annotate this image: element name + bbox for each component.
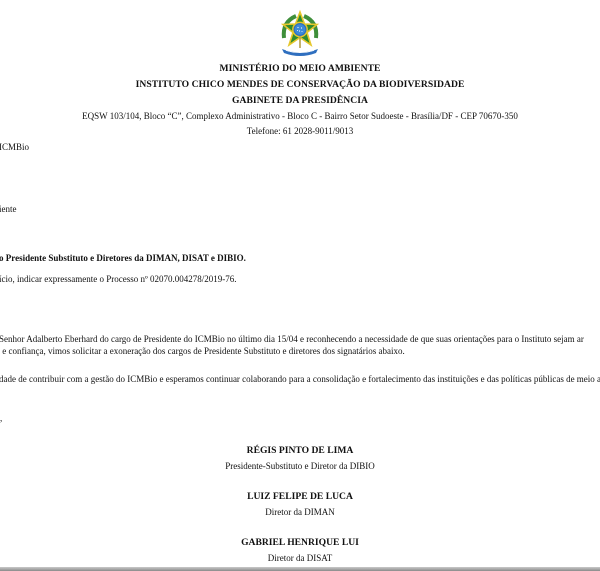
ministry-heading: MINISTÉRIO DO MEIO AMBIENTE xyxy=(0,63,600,74)
paragraph-2: dade de contribuir com a gestão do ICMBi… xyxy=(0,374,600,384)
recipient-line: ICMBio xyxy=(0,142,29,152)
institute-heading: INSTITUTO CHICO MENDES DE CONSERVAÇÃO DA… xyxy=(0,79,600,90)
signature-name-1: RÉGIS PINTO DE LIMA xyxy=(0,445,600,456)
document-page: MINISTÉRIO DO MEIO AMBIENTE INSTITUTO CH… xyxy=(0,0,600,568)
page-bottom-divider xyxy=(0,567,600,571)
paragraph-1-line-1: Senhor Adalberto Eberhard do cargo de Pr… xyxy=(0,334,584,344)
phone-line: Telefone: 61 2028-9011/9013 xyxy=(0,126,600,136)
process-reference: ício, indicar expressamente o Processo n… xyxy=(0,274,237,284)
office-heading: GABINETE DA PRESIDÊNCIA xyxy=(0,95,600,106)
signature-name-2: LUIZ FELIPE DE LUCA xyxy=(0,491,600,502)
signature-name-3: GABRIEL HENRIQUE LUI xyxy=(0,537,600,548)
subject-line: o Presidente Substituto e Diretores da D… xyxy=(0,253,246,263)
brazil-coat-of-arms-icon xyxy=(276,8,324,58)
signature-role-1: Presidente-Substituto e Diretor da DIBIO xyxy=(0,461,600,471)
signature-role-3: Diretor da DISAT xyxy=(0,553,600,563)
recipient-org-line: iente xyxy=(0,204,17,214)
closing-line: e, xyxy=(0,413,2,423)
paragraph-1-line-2: a e confiança, vimos solicitar a exonera… xyxy=(0,346,405,356)
signature-role-2: Diretor da DIMAN xyxy=(0,507,600,517)
address-line: EQSW 103/104, Bloco “C”, Complexo Admini… xyxy=(0,111,600,121)
